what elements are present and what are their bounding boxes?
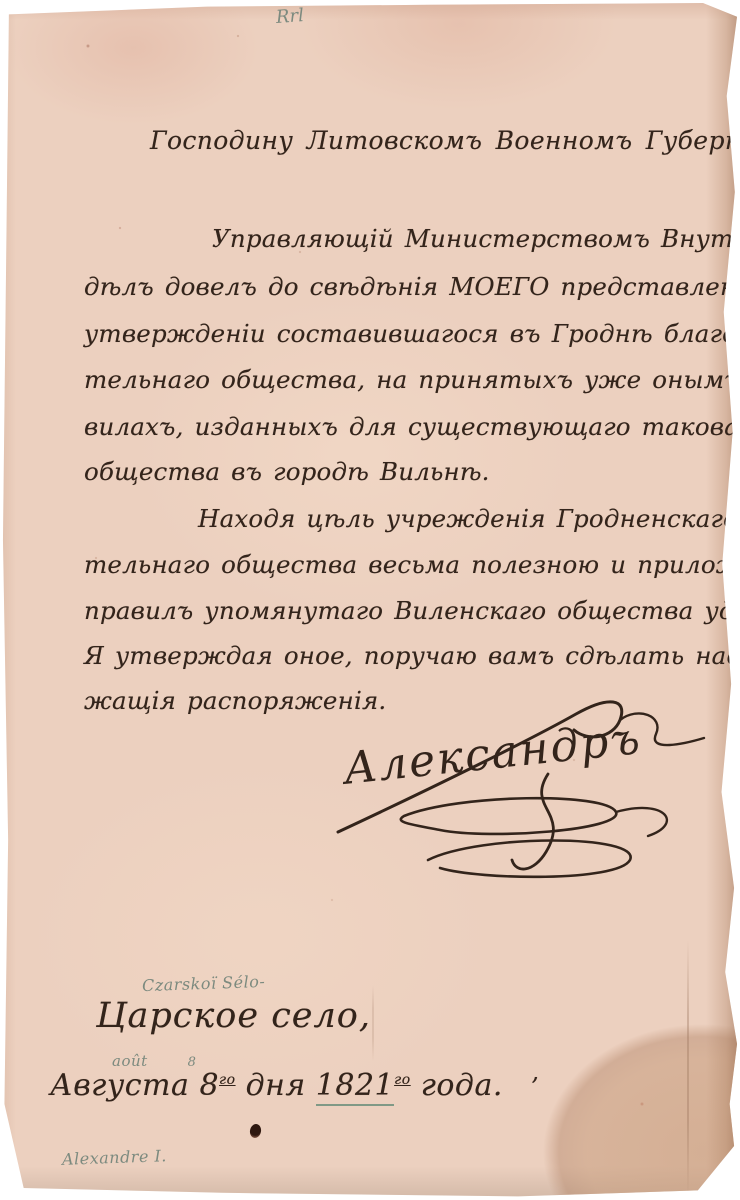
letter-line: тельнаго общества, на принятыхъ уже оным…: [84, 365, 740, 394]
paper-crease: [687, 940, 689, 1198]
letter-line: общества въ городѣ Вильнѣ.: [84, 457, 490, 486]
date-word-day: дня: [246, 1068, 306, 1103]
date-month: Августа: [50, 1068, 189, 1103]
letter-line: вилахъ, изданныхъ для существующаго тако…: [84, 412, 740, 441]
ink-blot: [249, 1123, 263, 1139]
paper-sheet: Rrl Господину Литовскомъ Военномъ Губерн…: [0, 0, 740, 1200]
date-year: 1821: [316, 1068, 394, 1106]
pencil-attribution: Alexandre I.: [62, 1146, 167, 1169]
pencil-place-note: Czarskoï Sélo-: [142, 972, 266, 995]
letter-line: дѣлъ довелъ до свѣдѣнія МОЕГО представле…: [84, 272, 740, 301]
letter-line: тельнаго общества весьма полезною и прил…: [84, 550, 740, 579]
signature-block: Александръ: [308, 682, 718, 892]
letter-line: Я утверждая оное, поручаю вамъ сдѣлать н…: [84, 641, 740, 670]
date-day-suffix: го: [219, 1072, 236, 1088]
letter-line: утвержденіи составившагося въ Гроднѣ бла…: [84, 319, 740, 348]
place-line: Царское село,: [96, 996, 371, 1036]
letter-line: Управляющій Министерствомъ Внутреннихъ: [212, 224, 740, 253]
date-line: Августа 8го дня 1821го года. ’: [50, 1068, 539, 1103]
ink-tick: ’: [531, 1073, 539, 1101]
date-word-year: года.: [421, 1068, 503, 1103]
letter-line: правилъ упомянутаго Виленскаго общества …: [84, 596, 740, 625]
pencil-note-top: Rrl: [275, 5, 304, 28]
letter-heading: Господину Литовскомъ Военномъ Губернатор…: [150, 126, 740, 155]
letter-line: Находя цѣль учрежденія Гродненскаго благ…: [198, 504, 740, 533]
paper-crease: [372, 985, 374, 1061]
date-year-suffix: го: [394, 1072, 411, 1088]
date-day: 8: [199, 1068, 219, 1103]
